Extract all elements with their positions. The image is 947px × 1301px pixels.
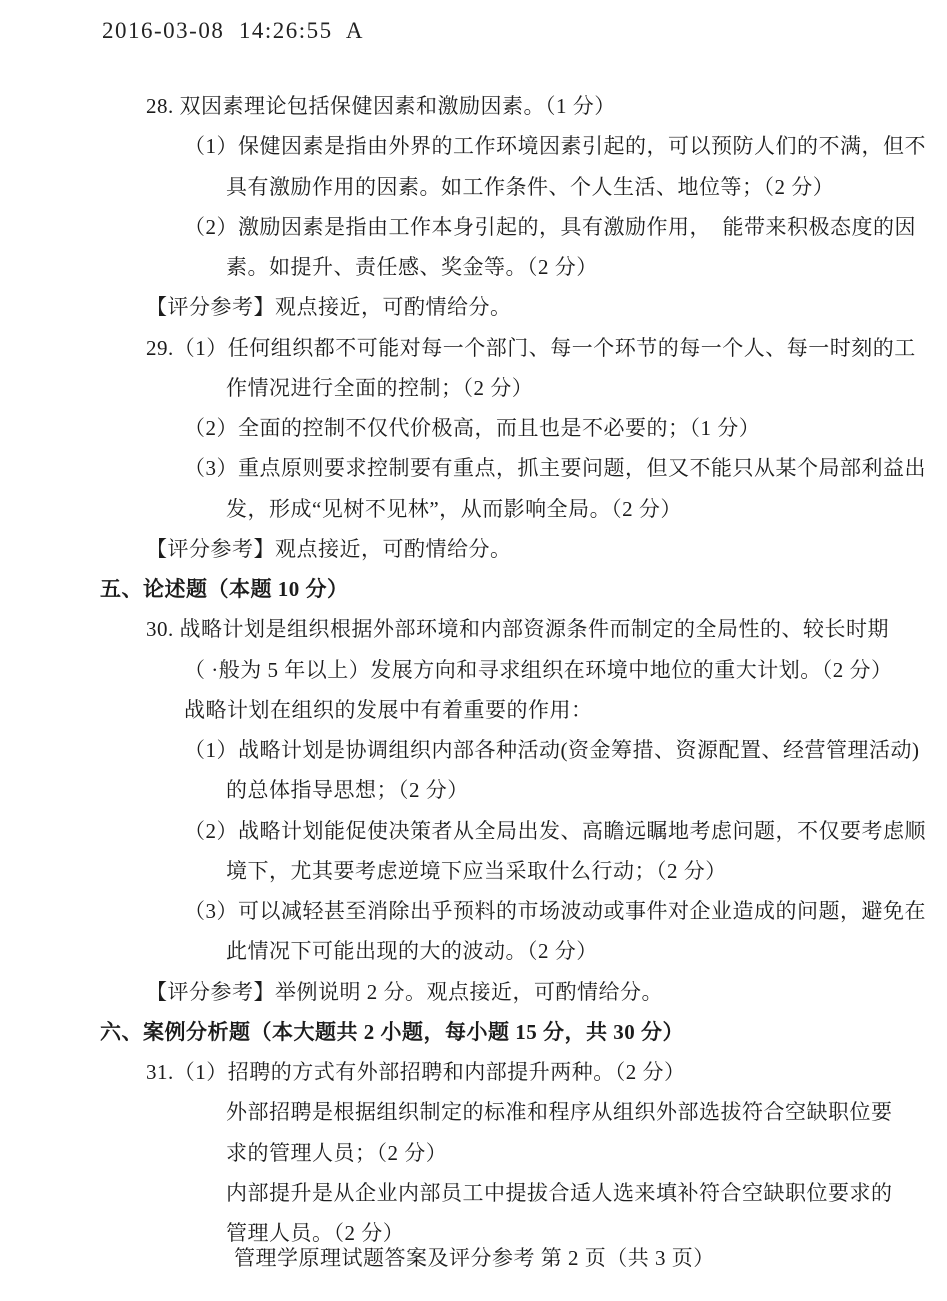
answer-line: （2）战略计划能促使决策者从全局出发、高瞻远瞩地考虑问题，不仅要考虑顺 bbox=[0, 810, 947, 850]
line-text: 素。如提升、责任感、奖金等。（2 分） bbox=[226, 251, 598, 281]
answer-line: （ ·般为 5 年以上）发展方向和寻求组织在环境中地位的重大计划。（2 分） bbox=[0, 649, 947, 689]
line-text: 发，形成“见树不见林”，从而影响全局。（2 分） bbox=[226, 493, 682, 523]
line-text: 【评分参考】举例说明 2 分。观点接近，可酌情给分。 bbox=[146, 976, 663, 1006]
answer-line: 战略计划在组织的发展中有着重要的作用： bbox=[0, 689, 947, 729]
answer-line: （1）战略计划是协调组织内部各种活动(资金筹措、资源配置、经营管理活动) bbox=[0, 729, 947, 769]
answer-line: 具有激励作用的因素。如工作条件、个人生活、地位等；（2 分） bbox=[0, 166, 947, 206]
line-text: 境下，尤其要考虑逆境下应当采取什么行动；（2 分） bbox=[226, 855, 727, 885]
line-text: 求的管理人员；（2 分） bbox=[226, 1137, 447, 1167]
answer-line: 此情况下可能出现的大的波动。（2 分） bbox=[0, 930, 947, 970]
line-text: （2）全面的控制不仅代价极高，而且也是不必要的；（1 分） bbox=[184, 412, 760, 442]
line-text: （3）重点原则要求控制要有重点，抓主要问题，但又不能只从某个局部利益出 bbox=[184, 452, 926, 482]
line-text: 28. 双因素理论包括保健因素和激励因素。（1 分） bbox=[146, 90, 616, 120]
answer-line: （1）保健因素是指由外界的工作环境因素引起的，可以预防人们的不满，但不 bbox=[0, 125, 947, 165]
line-text: 战略计划在组织的发展中有着重要的作用： bbox=[184, 694, 593, 724]
line-text: （3）可以减轻甚至消除出乎预料的市场波动或事件对企业造成的问题，避免在 bbox=[184, 895, 926, 925]
answer-line: 外部招聘是根据组织制定的标准和程序从组织外部选拔符合空缺职位要 bbox=[0, 1091, 947, 1131]
answer-lines: 28. 双因素理论包括保健因素和激励因素。（1 分） （1）保健因素是指由外界的… bbox=[0, 85, 947, 1252]
line-text: 【评分参考】观点接近，可酌情给分。 bbox=[146, 291, 512, 321]
page-footer: 管理学原理试题答案及评分参考 第 2 页（共 3 页） bbox=[234, 1242, 715, 1272]
answer-line: 28. 双因素理论包括保健因素和激励因素。（1 分） bbox=[0, 85, 947, 125]
answer-line: 作情况进行全面的控制；（2 分） bbox=[0, 367, 947, 407]
scan-timestamp: 2016-03-08 14:26:55 A bbox=[102, 18, 364, 44]
line-text: （1）战略计划是协调组织内部各种活动(资金筹措、资源配置、经营管理活动) bbox=[184, 734, 919, 764]
answer-line: （2）全面的控制不仅代价极高，而且也是不必要的；（1 分） bbox=[0, 407, 947, 447]
answer-line: 30. 战略计划是组织根据外部环境和内部资源条件而制定的全局性的、较长时期 bbox=[0, 608, 947, 648]
answer-line: 六、案例分析题（本大题共 2 小题，每小题 15 分，共 30 分） bbox=[0, 1011, 947, 1051]
line-text: 30. 战略计划是组织根据外部环境和内部资源条件而制定的全局性的、较长时期 bbox=[146, 613, 889, 643]
line-text: 作情况进行全面的控制；（2 分） bbox=[226, 372, 533, 402]
line-text: （2）激励因素是指由工作本身引起的，具有激励作用， 能带来积极态度的因 bbox=[184, 211, 916, 241]
line-text: （2）战略计划能促使决策者从全局出发、高瞻远瞩地考虑问题，不仅要考虑顺 bbox=[184, 815, 926, 845]
answer-line: （2）激励因素是指由工作本身引起的，具有激励作用， 能带来积极态度的因 bbox=[0, 206, 947, 246]
answer-line: 发，形成“见树不见林”，从而影响全局。（2 分） bbox=[0, 488, 947, 528]
answer-line: 内部提升是从企业内部员工中提拔合适人选来填补符合空缺职位要求的 bbox=[0, 1172, 947, 1212]
answer-line: （3）可以减轻甚至消除出乎预料的市场波动或事件对企业造成的问题，避免在 bbox=[0, 890, 947, 930]
line-text: 内部提升是从企业内部员工中提拔合适人选来填补符合空缺职位要求的 bbox=[226, 1177, 893, 1207]
answer-line: 【评分参考】观点接近，可酌情给分。 bbox=[0, 286, 947, 326]
answer-line: 素。如提升、责任感、奖金等。（2 分） bbox=[0, 246, 947, 286]
answer-line: 31.（1）招聘的方式有外部招聘和内部提升两种。（2 分） bbox=[0, 1051, 947, 1091]
answer-line: 的总体指导思想；（2 分） bbox=[0, 769, 947, 809]
line-text: 此情况下可能出现的大的波动。（2 分） bbox=[226, 935, 598, 965]
answer-line: 29.（1）任何组织都不可能对每一个部门、每一个环节的每一个人、每一时刻的工 bbox=[0, 327, 947, 367]
answer-line: 【评分参考】举例说明 2 分。观点接近，可酌情给分。 bbox=[0, 971, 947, 1011]
answer-line: 五、论述题（本题 10 分） bbox=[0, 568, 947, 608]
line-text: （ ·般为 5 年以上）发展方向和寻求组织在环境中地位的重大计划。（2 分） bbox=[184, 654, 893, 684]
answer-line: （3）重点原则要求控制要有重点，抓主要问题，但又不能只从某个局部利益出 bbox=[0, 447, 947, 487]
line-text: 31.（1）招聘的方式有外部招聘和内部提升两种。（2 分） bbox=[146, 1056, 686, 1086]
answer-line: 境下，尤其要考虑逆境下应当采取什么行动；（2 分） bbox=[0, 850, 947, 890]
line-text: 具有激励作用的因素。如工作条件、个人生活、地位等；（2 分） bbox=[226, 171, 834, 201]
line-text: 外部招聘是根据组织制定的标准和程序从组织外部选拔符合空缺职位要 bbox=[226, 1096, 893, 1126]
answer-line: 求的管理人员；（2 分） bbox=[0, 1132, 947, 1172]
line-text: 29.（1）任何组织都不可能对每一个部门、每一个环节的每一个人、每一时刻的工 bbox=[146, 332, 916, 362]
answer-line: 【评分参考】观点接近，可酌情给分。 bbox=[0, 528, 947, 568]
document-page: 2016-03-08 14:26:55 A 28. 双因素理论包括保健因素和激励… bbox=[0, 0, 947, 1301]
line-text: 的总体指导思想；（2 分） bbox=[226, 774, 469, 804]
line-text: 五、论述题（本题 10 分） bbox=[100, 573, 349, 603]
line-text: （1）保健因素是指由外界的工作环境因素引起的，可以预防人们的不满，但不 bbox=[184, 130, 926, 160]
line-text: 【评分参考】观点接近，可酌情给分。 bbox=[146, 533, 512, 563]
line-text: 六、案例分析题（本大题共 2 小题，每小题 15 分，共 30 分） bbox=[100, 1016, 684, 1046]
